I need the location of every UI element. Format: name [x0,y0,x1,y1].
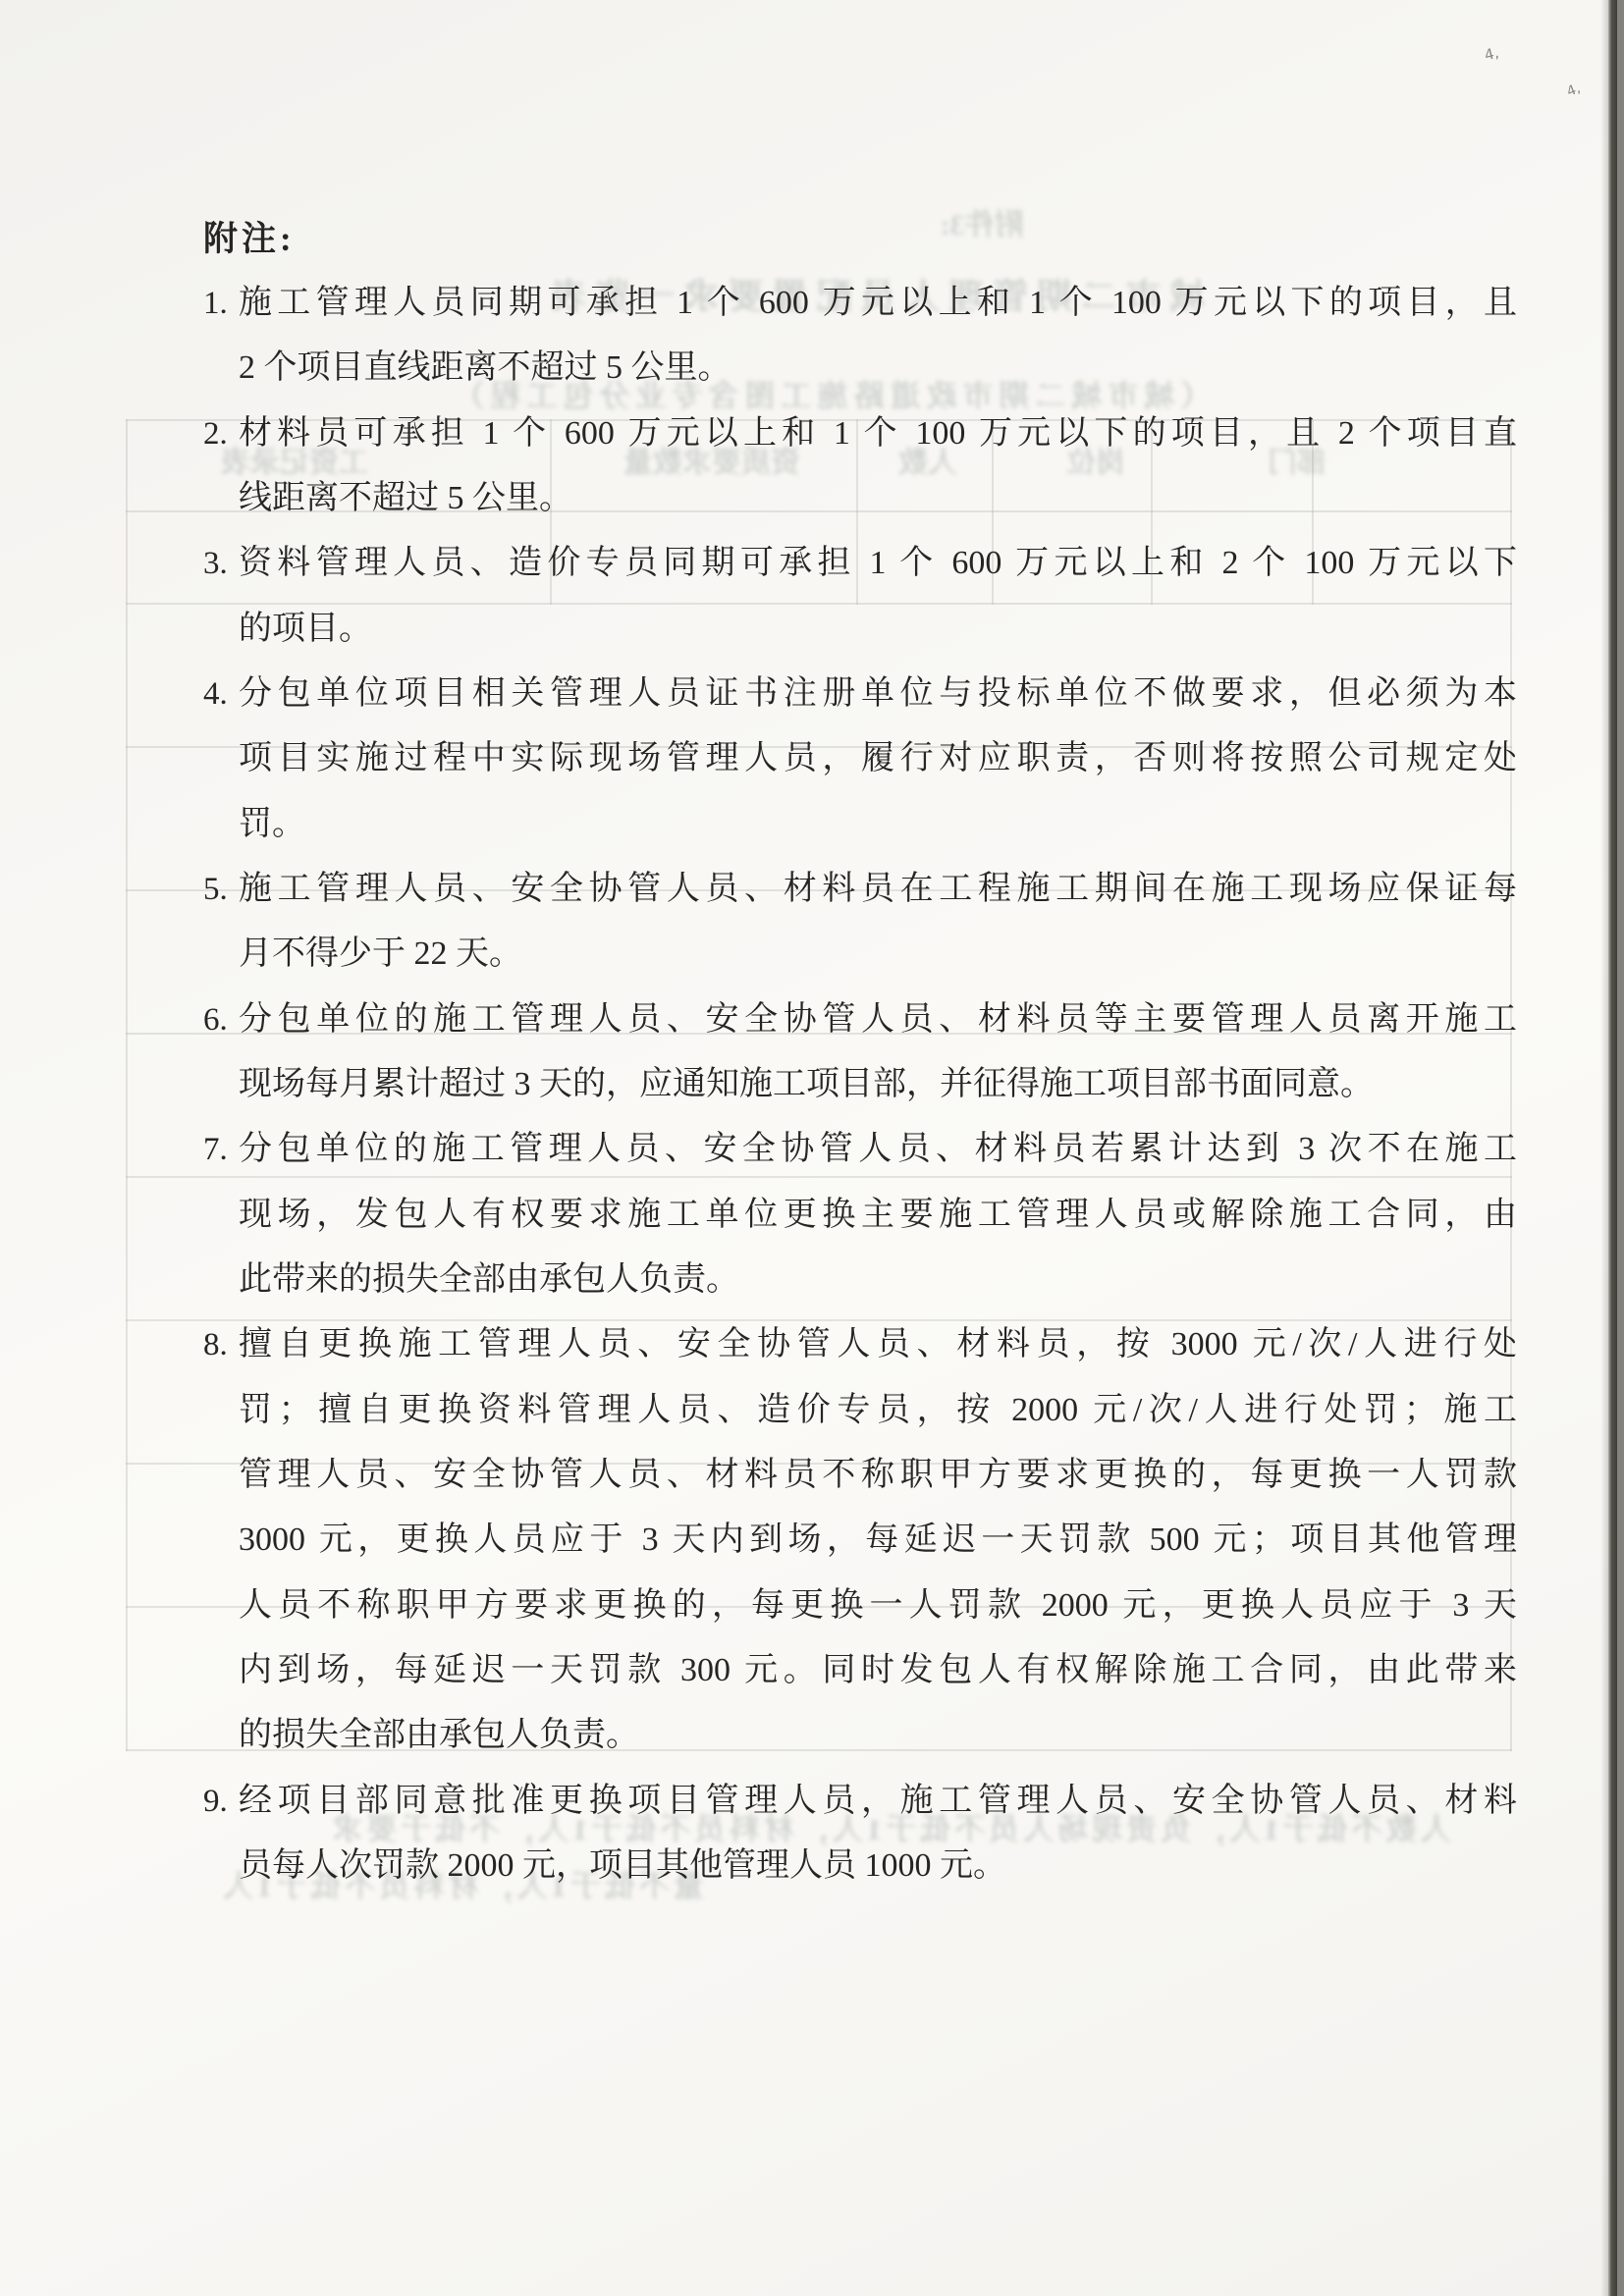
note-line: 线距离不超过 5 公里。 [239,474,1517,539]
note-line: 资料管理人员、造价专员同期可承担 1 个 600 万元以上和 2 个 100 万… [239,539,1517,604]
note-number: 1. [203,279,228,344]
note-line: 现场，发包人有权要求施工单位更换主要施工管理人员或解除施工合同，由 [239,1191,1517,1255]
note-line: 2 个项目直线距离不超过 5 公里。 [239,344,1517,408]
note-item: 5.施工管理人员、安全协管人员、材料员在工程施工期间在施工现场应保证每月不得少于… [239,865,1517,995]
notes-title: 附注: [203,212,296,261]
note-line: 此带来的损失全部由承包人负责。 [239,1255,1517,1320]
note-item: 8.擅自更换施工管理人员、安全协管人员、材料员，按 3000 元/次/人进行处罚… [239,1320,1517,1776]
scan-edge-line [1608,0,1617,2296]
note-line: 分包单位项目相关管理人员证书注册单位与投标单位不做要求，但必须为本 [239,669,1517,734]
note-line: 管理人员、安全协管人员、材料员不称职甲方要求更换的，每更换一人罚款 [239,1451,1517,1516]
scan-edge-shadow [1600,0,1608,2296]
note-line: 分包单位的施工管理人员、安全协管人员、材料员若累计达到 3 次不在施工 [239,1125,1517,1190]
scan-speck: 4, [1564,80,1582,100]
bleedthrough-text: 附件3: [913,200,1051,243]
note-line: 员每人次罚款 2000 元，项目其他管理人员 1000 元。 [239,1842,1517,1906]
note-line: 擅自更换施工管理人员、安全协管人员、材料员，按 3000 元/次/人进行处 [239,1320,1517,1385]
note-number: 8. [203,1320,228,1385]
note-line: 的损失全部由承包人负责。 [239,1711,1517,1776]
note-item: 2.材料员可承担 1 个 600 万元以上和 1 个 100 万元以下的项目，且… [239,409,1517,540]
note-line: 项目实施过程中实际现场管理人员，履行对应职责，否则将按照公司规定处 [239,734,1517,799]
note-line: 材料员可承担 1 个 600 万元以上和 1 个 100 万元以下的项目，且 2… [239,409,1517,474]
note-number: 9. [203,1777,228,1842]
note-line: 分包单位的施工管理人员、安全协管人员、材料员等主要管理人员离开施工 [239,995,1517,1060]
note-item: 7.分包单位的施工管理人员、安全协管人员、材料员若累计达到 3 次不在施工现场，… [239,1125,1517,1320]
note-item: 6.分包单位的施工管理人员、安全协管人员、材料员等主要管理人员离开施工现场每月累… [239,995,1517,1126]
note-line: 人员不称职甲方要求更换的，每更换一人罚款 2000 元，更换人员应于 3 天 [239,1581,1517,1646]
note-item: 3.资料管理人员、造价专员同期可承担 1 个 600 万元以上和 2 个 100… [239,539,1517,669]
note-line: 现场每月累计超过 3 天的，应通知施工项目部，并征得施工项目部书面同意。 [239,1060,1517,1125]
note-line: 施工管理人员同期可承担 1 个 600 万元以上和 1 个 100 万元以下的项… [239,279,1517,344]
note-item: 4.分包单位项目相关管理人员证书注册单位与投标单位不做要求，但必须为本项目实施过… [239,669,1517,865]
scanned-document-page: 附件3: 城市二期管理人员配置要求一览表 （城市城二期市政道路施工图含专业分包工… [0,0,1624,2296]
scan-edge-margin [1617,0,1624,2296]
notes-list: 1.施工管理人员同期可承担 1 个 600 万元以上和 1 个 100 万元以下… [239,279,1517,1906]
note-line: 的项目。 [239,605,1517,669]
bleedthrough-grid-line [126,419,128,1751]
note-number: 3. [203,539,228,604]
scan-speck: 4, [1483,44,1500,65]
note-number: 2. [203,409,228,474]
note-number: 5. [203,865,228,930]
note-line: 内到场，每延迟一天罚款 300 元。同时发包人有权解除施工合同，由此带来 [239,1646,1517,1711]
note-item: 1.施工管理人员同期可承担 1 个 600 万元以上和 1 个 100 万元以下… [239,279,1517,409]
note-line: 月不得少于 22 天。 [239,930,1517,994]
note-number: 6. [203,995,228,1060]
note-line: 经项目部同意批准更换项目管理人员，施工管理人员、安全协管人员、材料 [239,1777,1517,1842]
note-item: 9.经项目部同意批准更换项目管理人员，施工管理人员、安全协管人员、材料员每人次罚… [239,1777,1517,1907]
note-line: 3000 元，更换人员应于 3 天内到场，每延迟一天罚款 500 元；项目其他管… [239,1516,1517,1580]
note-number: 7. [203,1125,228,1190]
note-line: 罚；擅自更换资料管理人员、造价专员，按 2000 元/次/人进行处罚；施工 [239,1386,1517,1451]
note-number: 4. [203,669,228,734]
note-line: 罚。 [239,800,1517,865]
note-line: 施工管理人员、安全协管人员、材料员在工程施工期间在施工现场应保证每 [239,865,1517,930]
